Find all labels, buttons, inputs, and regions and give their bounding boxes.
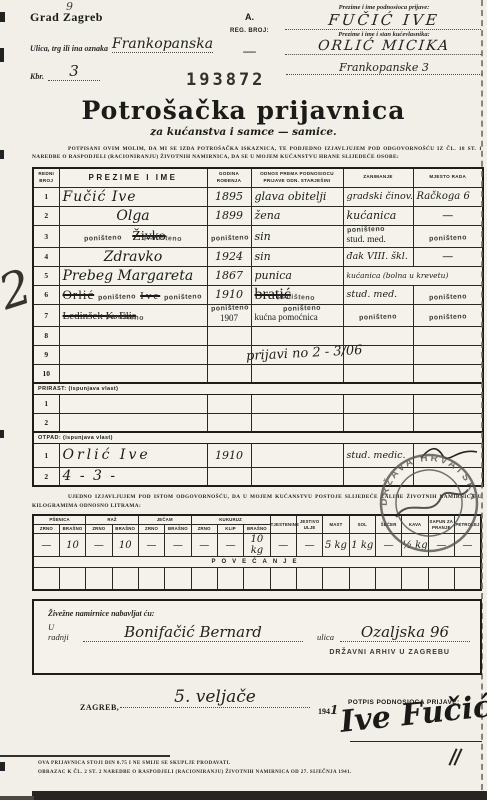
ponisteno-stamp: poništeno <box>429 314 467 322</box>
col-mast: MAST <box>323 515 349 534</box>
shop-intro-label: Živežne namirnice nabavljat ću: <box>48 609 470 618</box>
form-title: Potrošačka prijavnica <box>0 96 487 125</box>
supplies-empty-row <box>33 568 481 590</box>
perforation-edge <box>481 0 483 800</box>
year-digit-handwritten: 1 <box>330 703 338 717</box>
registry-block: A. REG. BROJ: — <box>230 12 269 60</box>
relation: punica <box>251 266 343 285</box>
shop-section: Živežne namirnice nabavljat ću: U radnji… <box>32 599 482 675</box>
col-jestivo-ulje: JESTIVO ULJE <box>296 515 322 534</box>
owner-label: Prezime i ime i stan kućevlasnika: <box>286 31 482 38</box>
workplace: poništeno <box>413 225 483 247</box>
table-row-cancelled: 3 poništeno Živko poništeno poništeno si… <box>33 225 483 247</box>
col-tjestenine: TJESTENINE <box>270 515 296 534</box>
center-dash-handwritten: — <box>230 44 269 60</box>
table-row: 9 prijavi no 2 - 3/06 <box>33 345 483 364</box>
birth-year: 1895 <box>207 187 251 206</box>
relation: glava obitelji <box>251 187 343 206</box>
table-row: 1 Fučić Ive 1895 glava obitelji gradski … <box>33 187 483 206</box>
col-prezime-ime: PREZIME I IME <box>59 168 207 187</box>
date-handwritten: 5. veljače <box>120 687 310 708</box>
handwritten-note: prijavi no 2 - 3/06 <box>251 345 343 364</box>
relation: sin <box>251 247 343 266</box>
person-name: Orlić Ive <box>59 443 207 467</box>
ponisteno-stamp: poništeno <box>210 304 247 312</box>
city-label: Grad Zagreb <box>30 10 230 25</box>
col-godina: GODINA ROĐENJA <box>207 168 251 187</box>
col-odnos: ODNOS PREMA PODNOSIOCU PRIJAVE ODN. STAR… <box>251 168 343 187</box>
person-name: poništeno Živko poništeno <box>59 225 207 247</box>
shop-name-handwritten: Bonifačić Bernard <box>83 623 303 642</box>
table-header-row: REDNI BROJ PREZIME I IME GODINA ROĐENJA … <box>33 168 483 187</box>
workplace: poništeno <box>413 285 483 304</box>
shop-ulica-label: ulica <box>317 632 334 642</box>
table-row-cancelled: 6 Orlić poništeno Ive poništeno 1910 bra… <box>33 285 483 304</box>
ponisteno-stamp: poništeno <box>164 293 202 301</box>
col-psenica: PŠENICA <box>33 515 86 525</box>
person-name: Prebeg Margareta <box>59 266 207 285</box>
ponisteno-stamp: poništeno <box>359 314 397 322</box>
fine-print: OVA PRIJAVNICA STOJI DIN 0.75 I NE SMIJE… <box>38 759 487 778</box>
col-redni-broj: REDNI BROJ <box>33 168 59 187</box>
applicant-block: Prezime i ime podnosioca prijave: FUČIĆ … <box>286 4 482 75</box>
occupation: poništeno stud. med. <box>343 225 413 247</box>
fine-print-line1: OVA PRIJAVNICA STOJI DIN 0.75 I NE SMIJE… <box>38 759 487 769</box>
form-header: 9 Grad Zagreb Ulica, trg ili ina oznaka … <box>0 0 487 94</box>
birth-year: poništeno <box>207 225 251 247</box>
relation: sin <box>251 225 343 247</box>
person-name: Orlić poništeno Ive poništeno <box>59 285 207 304</box>
relation: žena <box>251 206 343 225</box>
scan-bottom-edge <box>0 796 34 800</box>
declaration-paragraph: POTPISANI OVIM MOLIM, DA MI SE IZDA POTR… <box>32 145 482 162</box>
handwritten-note: 4 - 3 - <box>59 467 207 486</box>
relation: bratić poništeno <box>251 285 343 304</box>
ponisteno-stamp: poništeno <box>84 235 122 243</box>
registration-number-stamp: 193872 <box>186 70 265 90</box>
table-row: 2 Olga 1899 žena kućanica — <box>33 206 483 225</box>
person-name: Olga <box>59 206 207 225</box>
scan-edge-mark <box>0 150 4 159</box>
ponisteno-stamp: poništeno <box>346 225 409 234</box>
scan-bottom-edge <box>32 791 487 800</box>
ponisteno-stamp: poništeno <box>98 293 136 301</box>
person-name: Ledinšek K. Elis poništeno <box>59 304 207 326</box>
official-round-stamp: DRŽAVA HRVATSKA <box>366 440 487 566</box>
form-footer: ZAGREB, 5. veljače 1941 POTPIS PODNOSIOC… <box>0 685 487 751</box>
signature-squiggle <box>393 488 470 517</box>
occupation: đak VIII. škl. <box>343 247 413 266</box>
table-row-cancelled: 7 Ledinšek K. Elis poništeno poništeno 1… <box>33 304 483 326</box>
ponisteno-stamp: poništeno <box>282 304 339 313</box>
section-letter: A. <box>230 12 269 22</box>
scan-edge-mark <box>0 430 4 438</box>
street-label: Ulica, trg ili ina oznaka <box>30 44 108 53</box>
birth-year: 1910 <box>207 443 251 467</box>
person-name: Zdravko <box>59 247 207 266</box>
occupation: gradski činov. <box>343 187 413 206</box>
form-subtitle: za kućanstva i samce — samice. <box>0 126 487 138</box>
applicant-label: Prezime i ime podnosioca prijave: <box>286 4 482 11</box>
house-number-value: 3 <box>48 62 100 81</box>
applicant-signature: Ive Fučić <box>339 689 487 740</box>
otpad-section-header: OTPAD: (ispunjava vlast) <box>33 432 483 443</box>
workplace: Račkoga 6 <box>413 187 483 206</box>
workplace: poništeno <box>413 304 483 326</box>
birth-year: 1910 <box>207 285 251 304</box>
table-row: 2 <box>33 413 483 432</box>
occupation: stud. med. <box>343 285 413 304</box>
ponisteno-stamp: poništeno <box>429 293 467 301</box>
footer-city: ZAGREB, <box>80 703 119 712</box>
year-printed: 1941 <box>318 703 338 717</box>
shop-street-handwritten: Ozaljska 96 <box>340 623 470 642</box>
birth-year: poništeno 1907 <box>207 304 251 326</box>
col-jecam: JEČAM <box>138 515 191 525</box>
col-mjesto-rada: MJESTO RADA <box>413 168 483 187</box>
col-kukuruz: KUKURUZ <box>191 515 270 525</box>
scan-edge-mark <box>0 762 5 771</box>
table-row: 10 <box>33 364 483 383</box>
street-value-handwritten: Frankopanska <box>112 36 213 53</box>
fine-print-rule <box>0 755 170 757</box>
occupation: kućanica <box>343 206 413 225</box>
prirast-section-header: PRIRAST: (ispunjava vlast) <box>33 383 483 394</box>
col-zanimanje: ZANIMANJE <box>343 168 413 187</box>
owner-address-handwritten: Frankopanske 3 <box>286 61 482 75</box>
owner-name-handwritten: ORLIĆ MICIKA <box>285 38 483 55</box>
col-raz: RAŽ <box>86 515 139 525</box>
workplace: — <box>413 206 483 225</box>
ponisteno-stamp: poništeno <box>210 235 248 243</box>
signature-rule <box>350 741 482 742</box>
relation: poništeno kućna pomoćnica <box>251 304 343 326</box>
applicant-name-handwritten: FUČIĆ IVE <box>285 11 483 30</box>
birth-year: 1867 <box>207 266 251 285</box>
ponisteno-stamp: poništeno <box>429 235 467 243</box>
birth-year: 1899 <box>207 206 251 225</box>
house-number-label: Kbr. <box>30 72 44 81</box>
household-members-table: REDNI BROJ PREZIME I IME GODINA ROĐENJA … <box>32 167 484 487</box>
table-row: 8 <box>33 326 483 345</box>
col-sol: SOL <box>349 515 375 534</box>
scanned-form-page: 9 Grad Zagreb Ulica, trg ili ina oznaka … <box>0 0 487 800</box>
table-row: 5 Prebeg Margareta 1867 punica kućanica … <box>33 266 483 285</box>
birth-year: 1924 <box>207 247 251 266</box>
table-row: 4 Zdravko 1924 sin đak VIII. škl. — <box>33 247 483 266</box>
person-name: Fučić Ive <box>59 187 207 206</box>
fine-print-line2: OBRAZAC K ČL. 2 ST. 2 NAREDBE O RASPODJE… <box>38 768 487 778</box>
shop-radnji-label: U radnji <box>48 622 77 642</box>
archive-stamp: DRŽAVNI ARHIV U ZAGREBU <box>329 649 450 656</box>
table-row: 1 <box>33 394 483 413</box>
workplace: — <box>413 247 483 266</box>
occupation: kućanica (bolna u krevetu) <box>343 266 483 285</box>
occupation: poništeno <box>343 304 413 326</box>
reg-broj-label: REG. BROJ: <box>230 28 269 34</box>
